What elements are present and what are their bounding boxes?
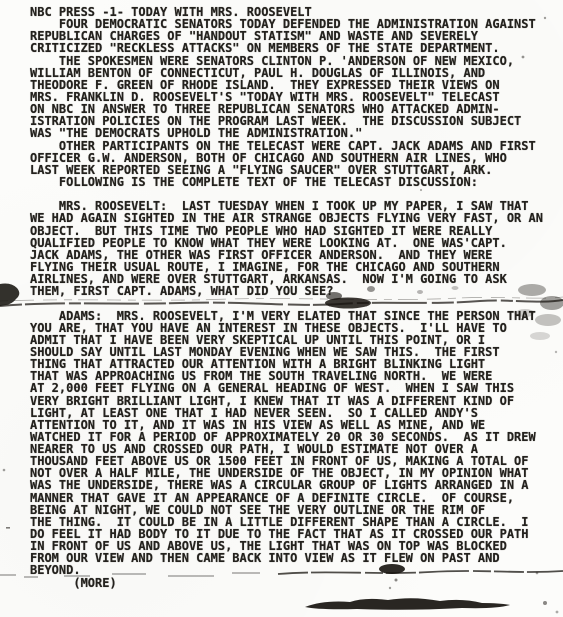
text-line: VERY BRIGHT BRILLIANT LIGHT, I KNEW THAT… <box>30 395 559 407</box>
text-line: CRITICIZED "RECKLESS ATTACKS" ON MEMBERS… <box>30 42 559 54</box>
text-line: QUALIFIED PEOPLE TO KNOW WHAT THEY WERE … <box>30 237 559 249</box>
text-line: WE HAD AGAIN SIGHTED IN THE AIR STRANGE … <box>30 212 559 224</box>
text-line: (MORE) <box>30 577 559 589</box>
text-line: FROM OUR VIEW AND THEN CAME BACK INTO VI… <box>30 552 559 564</box>
text-line: WAS "THE DEMOCRATS UPHOLD THE ADMINISTRA… <box>30 127 559 139</box>
text-line: LIGHT, AT LEAST ONE THAT I HAD NEVER SEE… <box>30 407 559 419</box>
text-line: THEM, FIRST CAPT. ADAMS, WHAT DID YOU SE… <box>30 285 559 297</box>
text-line: BEYOND. <box>30 564 559 576</box>
text-line: OTHER PARTICIPANTS ON THE TELECAST WERE … <box>30 140 559 152</box>
text-line: YOU ARE, THAT YOU HAVE AN INTEREST IN TH… <box>30 322 559 334</box>
text-line: WAS THE UNDERSIDE, THERE WAS A CIRCULAR … <box>30 479 559 491</box>
text-line: OBJECT. BUT THIS TIME TWO PEOPLE WHO HAD… <box>30 225 559 237</box>
text-line <box>30 297 559 309</box>
text-line: MANNER THAT GAVE IT AN APPEARANCE OF A D… <box>30 492 559 504</box>
text-line: ADAMS: MRS. ROOSEVELT, I'M VERY ELATED T… <box>30 310 559 322</box>
text-line: FOLLOWING IS THE COMPLETE TEXT OF THE TE… <box>30 176 559 188</box>
text-line: OFFICER G.W. ANDERSON, BOTH OF CHICAGO A… <box>30 152 559 164</box>
document-text: NBC PRESS -1- TODAY WITH MRS. ROOSEVELT … <box>30 6 559 589</box>
text-line: THE SPOKESMEN WERE SENATORS CLINTON P. '… <box>30 55 559 67</box>
text-line: AT 2,000 FEET FLYING ON A GENERAL HEADIN… <box>30 382 559 394</box>
